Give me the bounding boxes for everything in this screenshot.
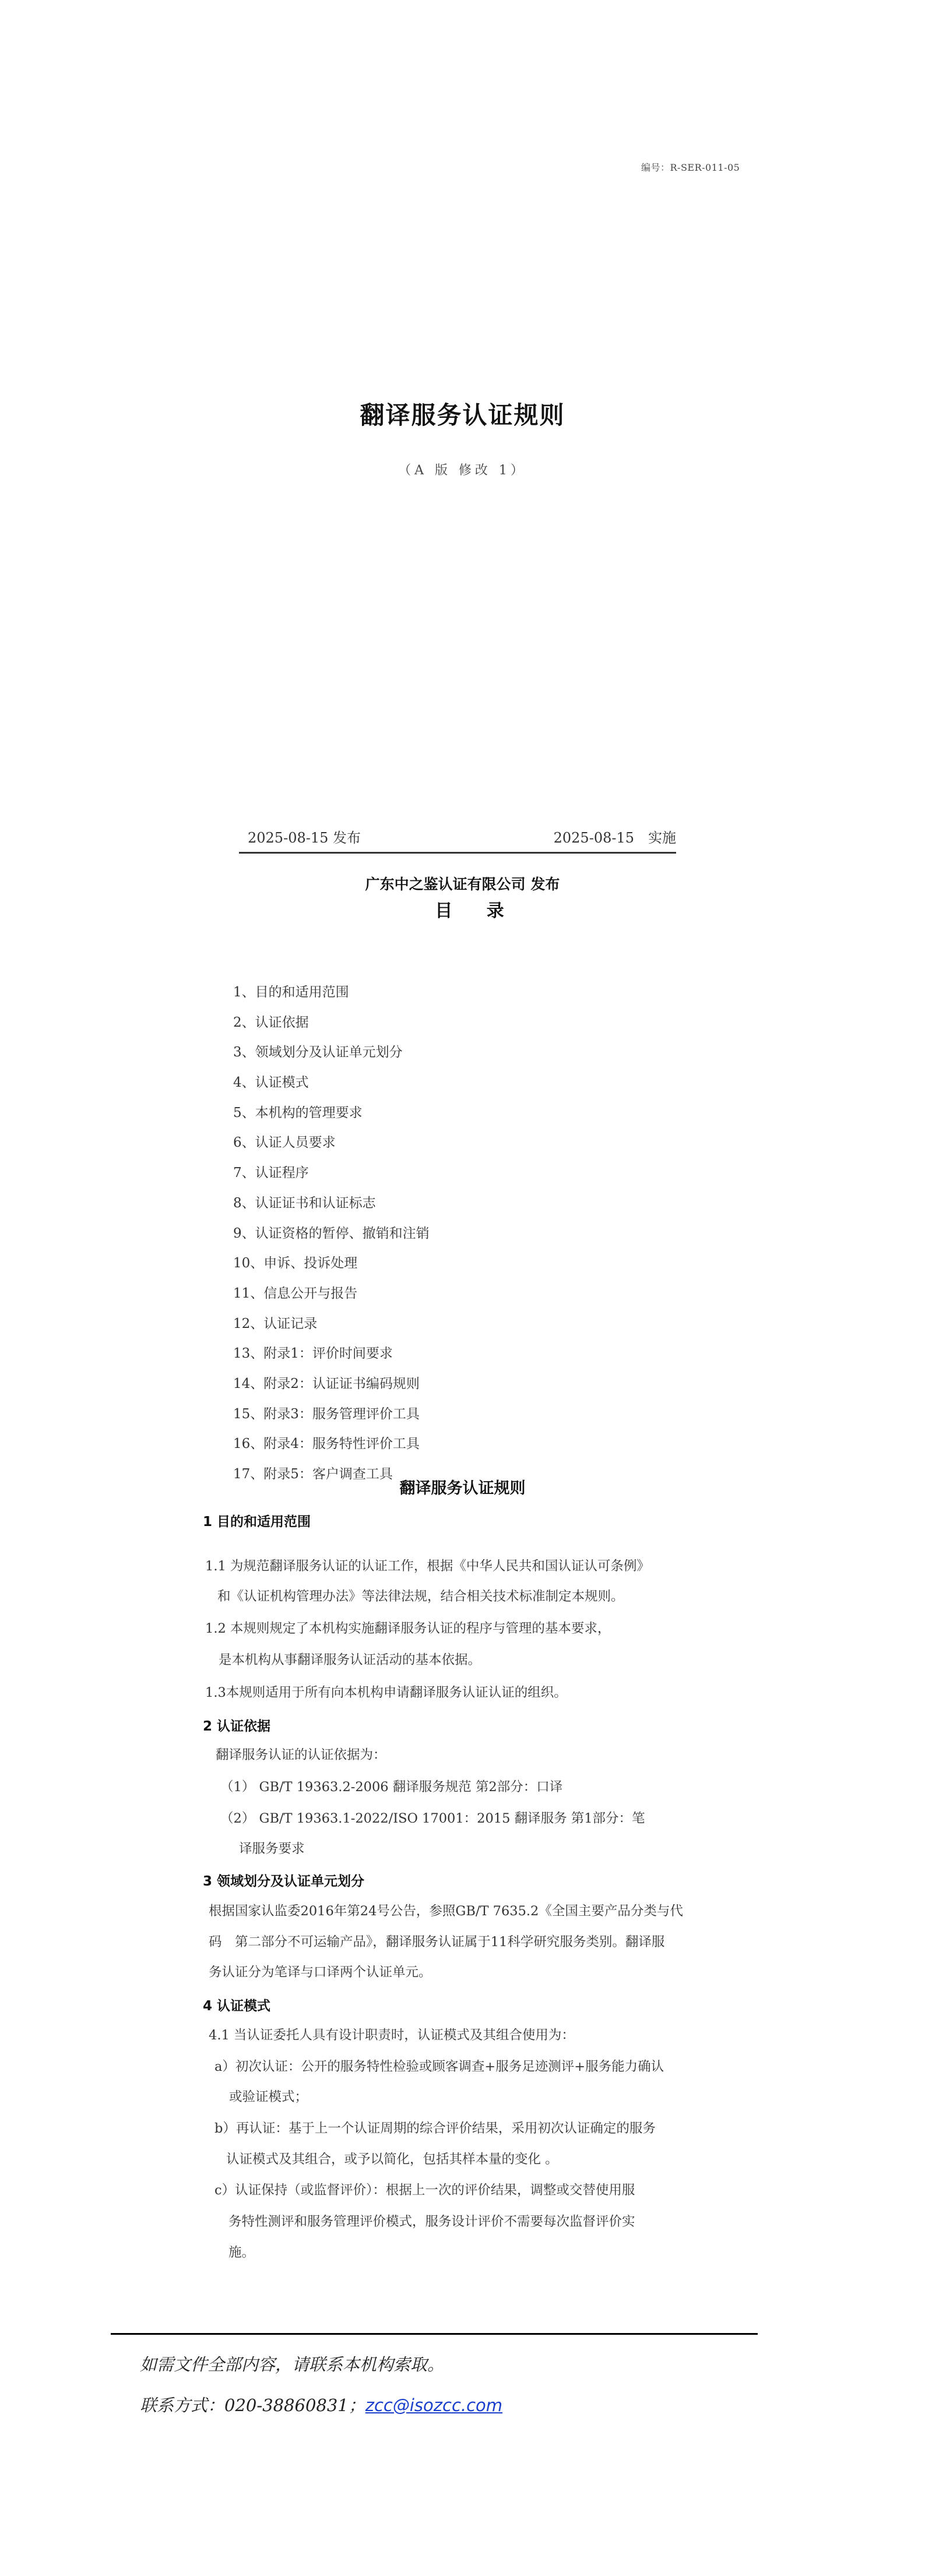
date-divider	[239, 852, 676, 854]
toc-item[interactable]: 12、认证记录	[233, 1316, 430, 1347]
email-link[interactable]: zcc@isozcc.com	[365, 2395, 502, 2415]
section-3-heading: 3 领域划分及认证单元划分	[203, 1870, 364, 1890]
table-of-contents: 1、目的和适用范围 2、认证依据 3、领域划分及认证单元划分 4、认证模式 5、…	[233, 985, 430, 1497]
toc-item[interactable]: 7、认证程序	[233, 1165, 430, 1196]
footer-divider	[111, 2333, 758, 2335]
body-title: 翻译服务认证规则	[0, 1475, 925, 1498]
toc-heading: 目 录	[0, 896, 925, 922]
footer-note: 如需文件全部内容，请联系本机构索取。	[140, 2352, 444, 2376]
standard-item-2-line-1: （2） GB/T 19363.1-2022/ISO 17001：2015 翻译服…	[220, 1810, 645, 1827]
section-1-heading: 1 目的和适用范围	[203, 1511, 311, 1530]
date-row: 2025-08-15 发布 2025-08-15 实施	[248, 826, 676, 847]
toc-item[interactable]: 2、认证依据	[233, 1015, 430, 1045]
section-3-line-1: 根据国家认监委2016年第24号公告，参照GB/T 7635.2《全国主要产品分…	[209, 1902, 683, 1920]
footer-contact: 联系方式：020-38860831；zcc@isozcc.com	[140, 2392, 502, 2416]
toc-item[interactable]: 10、申诉、投诉处理	[233, 1256, 430, 1286]
mode-c-line-1: c）认证保持（或监督评价）：根据上一次的评价结果，调整或交替使用服	[214, 2182, 635, 2199]
mode-a-line-2: 或验证模式；	[229, 2088, 308, 2106]
cover-title: 翻译服务认证规则	[0, 396, 925, 431]
section-3-line-3: 务认证分为笔译与口译两个认证单元。	[209, 1964, 432, 1981]
section-3-line-2: 码 第二部分不可运输产品》，翻译服务认证属于11科学研究服务类别。翻译服	[209, 1933, 664, 1951]
publisher-line: 广东中之鉴认证有限公司 发布	[0, 873, 925, 894]
toc-item[interactable]: 4、认证模式	[233, 1075, 430, 1105]
section-2-intro: 翻译服务认证的认证依据为：	[216, 1746, 386, 1764]
toc-item[interactable]: 11、信息公开与报告	[233, 1286, 430, 1316]
mode-a-line-1: a）初次认证：公开的服务特性检验或顾客调查+服务足迹测评+服务能力确认	[214, 2058, 664, 2075]
paragraph-1-1-line-2: 和《认证机构管理办法》等法律法规，结合相关技术标准制定本规则。	[217, 1588, 624, 1605]
toc-item[interactable]: 14、附录2：认证证书编码规则	[233, 1376, 430, 1407]
standard-item-1: （1） GB/T 19363.2-2006 翻译服务规范 第2部分：口译	[220, 1778, 562, 1796]
effective-date: 2025-08-15 实施	[554, 826, 676, 847]
toc-item[interactable]: 8、认证证书和认证标志	[233, 1196, 430, 1226]
standard-item-2-line-2: 译服务要求	[239, 1840, 305, 1858]
edition-label: （A 版 修改 1）	[0, 460, 925, 478]
toc-item[interactable]: 1、目的和适用范围	[233, 985, 430, 1015]
toc-item[interactable]: 15、附录3：服务管理评价工具	[233, 1407, 430, 1437]
toc-item[interactable]: 13、附录1：评价时间要求	[233, 1346, 430, 1376]
toc-item[interactable]: 9、认证资格的暂停、撤销和注销	[233, 1226, 430, 1256]
document-number: 编号：R-SER-011-05	[641, 160, 740, 174]
paragraph-1-1-line-1: 1.1 为规范翻译服务认证的认证工作，根据《中华人民共和国认证认可条例》	[205, 1557, 650, 1575]
mode-b-line-1: b）再认证：基于上一个认证周期的综合评价结果，采用初次认证确定的服务	[214, 2120, 656, 2137]
toc-item[interactable]: 5、本机构的管理要求	[233, 1105, 430, 1136]
publish-date: 2025-08-15 发布	[248, 826, 361, 847]
paragraph-1-2-line-2: 是本机构从事翻译服务认证活动的基本依据。	[219, 1651, 481, 1669]
mode-b-line-2: 认证模式及其组合，或予以简化，包括其样本量的变化 。	[226, 2151, 558, 2168]
contact-label: 联系方式：020-38860831；	[140, 2395, 365, 2415]
section-2-heading: 2 认证依据	[203, 1715, 270, 1735]
toc-item[interactable]: 3、领域划分及认证单元划分	[233, 1045, 430, 1075]
mode-c-line-2: 务特性测评和服务管理评价模式，服务设计评价不需要每次监督评价实	[228, 2213, 635, 2230]
section-4-heading: 4 认证模式	[203, 1995, 270, 2014]
toc-item[interactable]: 6、认证人员要求	[233, 1135, 430, 1165]
mode-c-line-3: 施。	[228, 2244, 255, 2261]
toc-item[interactable]: 16、附录4：服务特性评价工具	[233, 1436, 430, 1467]
paragraph-1-2-line-1: 1.2 本规则规定了本机构实施翻译服务认证的程序与管理的基本要求，	[205, 1620, 610, 1637]
paragraph-4-1: 4.1 当认证委托人具有设计职责时，认证模式及其组合使用为：	[209, 2027, 575, 2044]
paragraph-1-3: 1.3本规则适用于所有向本机构申请翻译服务认证认证的组织。	[205, 1684, 567, 1701]
